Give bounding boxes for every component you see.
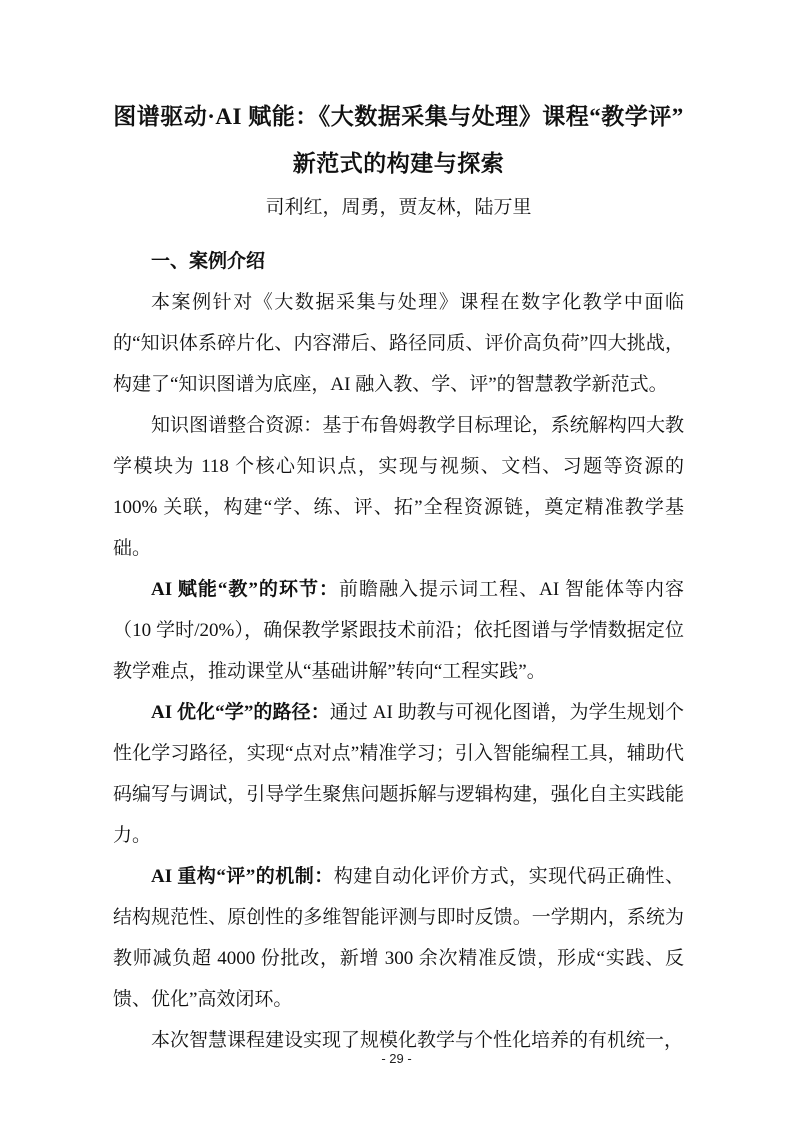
page-content: 图谱驱动·AI 赋能：《大数据采集与处理》课程“教学评” 新范式的构建与探索 司… [0, 0, 793, 1061]
document-title-line1: 图谱驱动·AI 赋能：《大数据采集与处理》课程“教学评” [113, 93, 684, 140]
paragraph-lead: AI 优化“学”的路径： [151, 702, 330, 723]
paragraph-text: 本案例针对《大数据采集与处理》课程在数字化教学中面临的“知识体系碎片化、内容滞后… [113, 292, 684, 395]
paragraph-lead: AI 赋能“教”的环节： [151, 579, 339, 600]
paragraph-knowledge-graph: 知识图谱整合资源：基于布鲁姆教学目标理论，系统解构四大教学模块为 118 个核心… [113, 405, 684, 569]
paragraph-lead: AI 重构“评”的机制： [151, 866, 334, 887]
section-heading: 一、案例介绍 [113, 241, 684, 282]
document-title-line2: 新范式的构建与探索 [113, 140, 684, 187]
paragraph-text: 构建自动化评价方式，实现代码正确性、结构规范性、原创性的多维智能评测与即时反馈。… [113, 866, 684, 1010]
document-page: 图谱驱动·AI 赋能：《大数据采集与处理》课程“教学评” 新范式的构建与探索 司… [0, 0, 793, 1122]
paragraph-intro: 本案例针对《大数据采集与处理》课程在数字化教学中面临的“知识体系碎片化、内容滞后… [113, 282, 684, 405]
paragraph-text: 通过 AI 助教与可视化图谱，为学生规划个性化学习路径，实现“点对点”精准学习；… [113, 702, 684, 846]
page-number: - 29 - [0, 1051, 793, 1066]
paragraph-ai-learning: AI 优化“学”的路径：通过 AI 助教与可视化图谱，为学生规划个性化学习路径，… [113, 692, 684, 856]
document-title: 图谱驱动·AI 赋能：《大数据采集与处理》课程“教学评” 新范式的构建与探索 [113, 93, 684, 187]
paragraph-text: 知识图谱整合资源：基于布鲁姆教学目标理论，系统解构四大教学模块为 118 个核心… [113, 415, 684, 559]
authors-line: 司利红，周勇，贾友林，陆万里 [113, 189, 684, 227]
paragraph-ai-teaching: AI 赋能“教”的环节：前瞻融入提示词工程、AI 智能体等内容（10 学时/20… [113, 569, 684, 692]
paragraph-text: 本次智慧课程建设实现了规模化教学与个性化培养的有机统一， [151, 1030, 683, 1051]
paragraph-ai-evaluation: AI 重构“评”的机制：构建自动化评价方式，实现代码正确性、结构规范性、原创性的… [113, 856, 684, 1020]
